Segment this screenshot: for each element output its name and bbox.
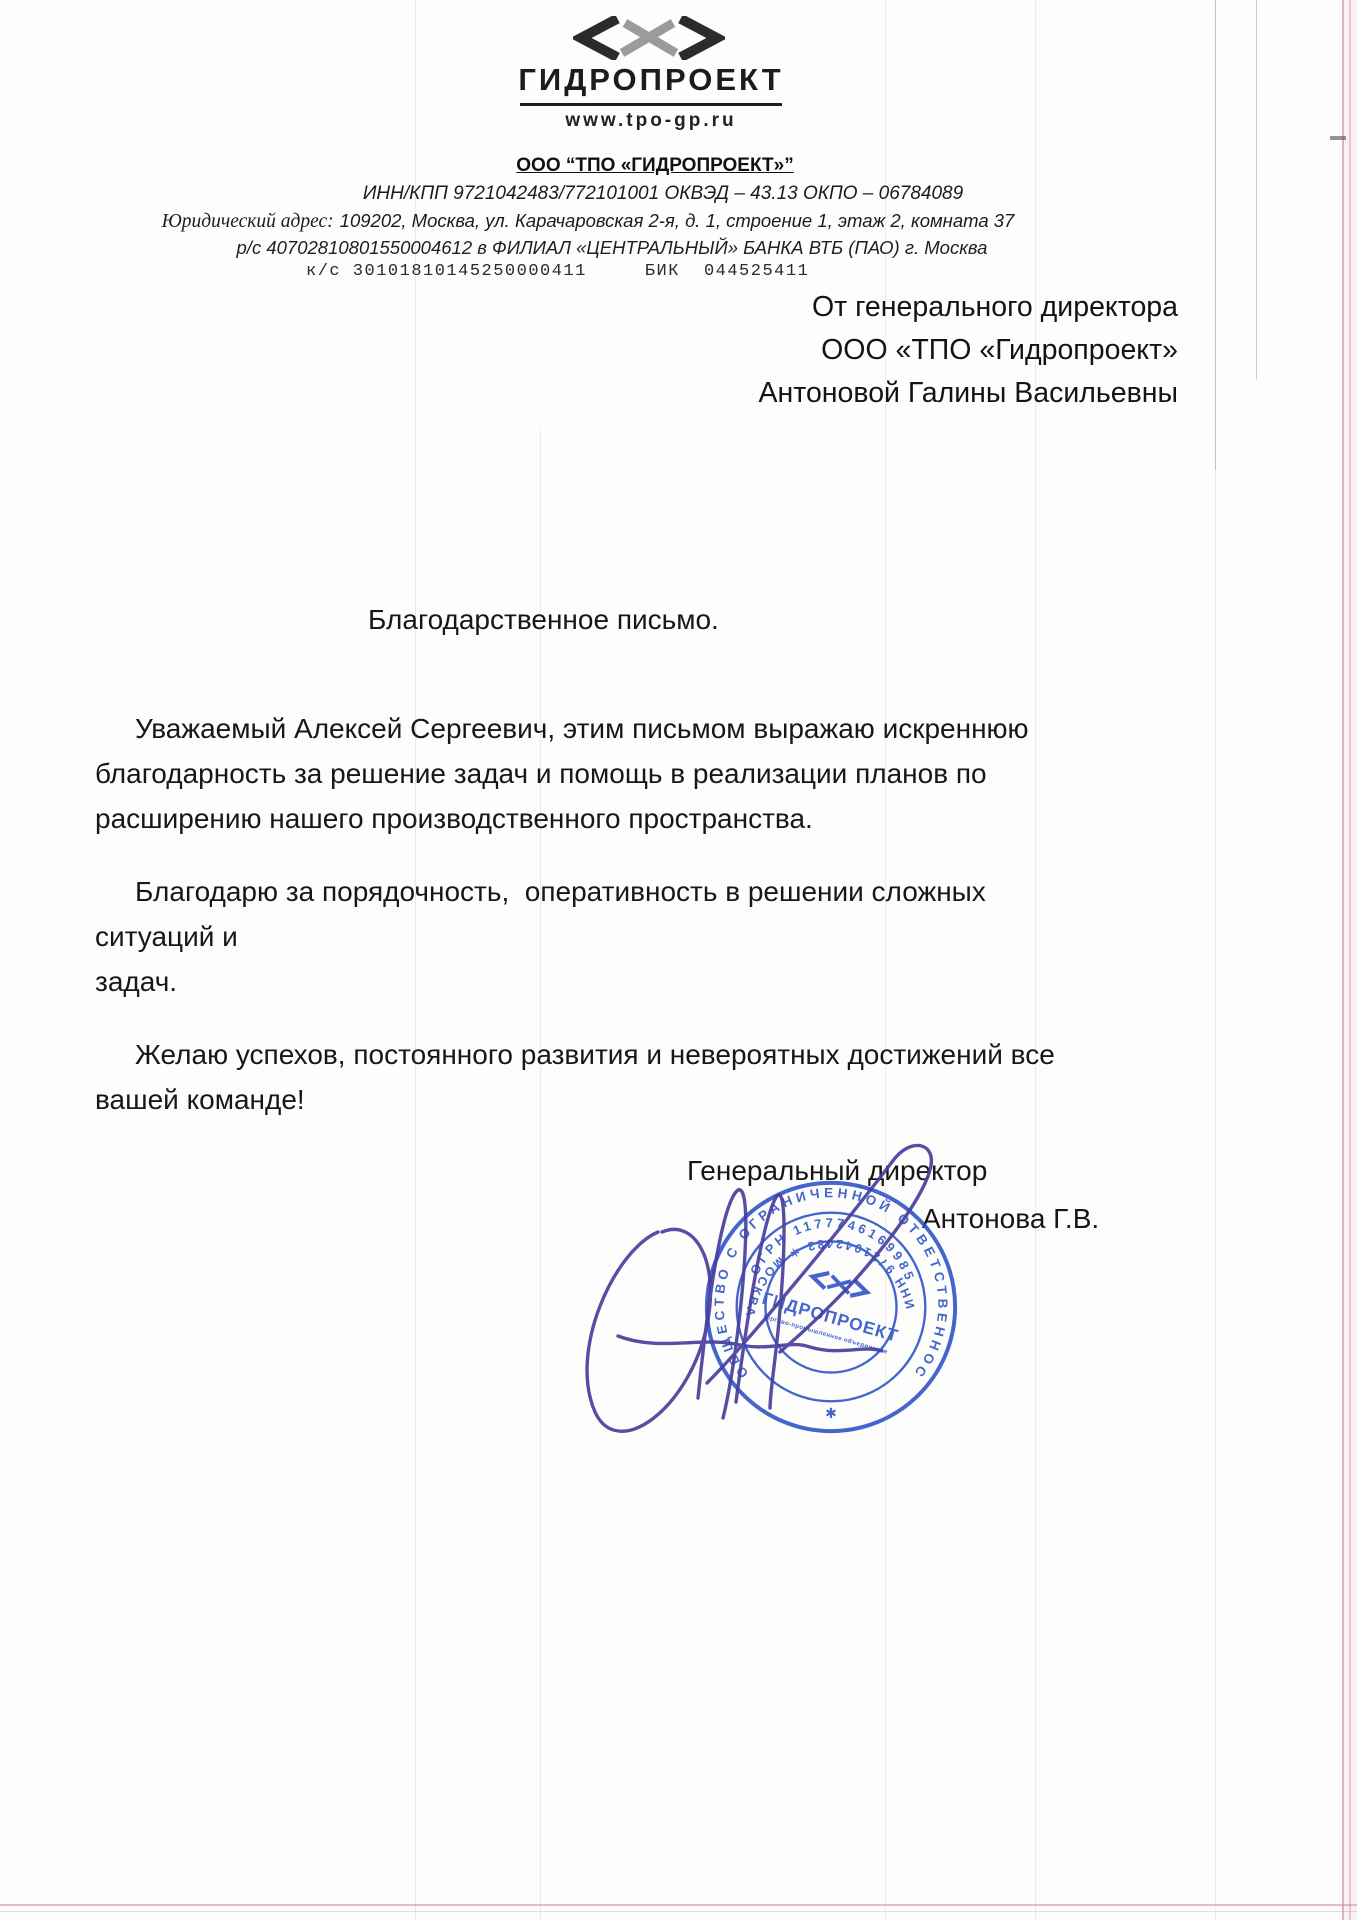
scan-line-2 bbox=[540, 430, 541, 1920]
brand-name: ГИДРОПРОЕКТ bbox=[518, 62, 783, 98]
paragraph-2: Благодарю за порядочность, оперативность… bbox=[95, 869, 1110, 1004]
corr-account-line: к/с 30101810145250000411БИК044525411 bbox=[306, 262, 809, 281]
sender-line-2: ООО «ТПО «Гидропроект» bbox=[0, 329, 1178, 372]
chevron-w-logo-icon bbox=[573, 16, 725, 60]
sender-line-1: От генерального директора bbox=[0, 286, 1178, 329]
signature-scribble bbox=[540, 1140, 1100, 1470]
paragraph-1: Уважаемый Алексей Сергеевич, этим письмо… bbox=[95, 706, 1110, 841]
scan-line-5 bbox=[1215, 0, 1216, 470]
scan-line-6 bbox=[1215, 470, 1216, 1920]
scan-speck bbox=[1330, 136, 1346, 140]
letter-title: Благодарственное письмо. bbox=[368, 604, 719, 636]
letter-body: Уважаемый Алексей Сергеевич, этим письмо… bbox=[95, 706, 1110, 1150]
brand-underline bbox=[520, 103, 782, 106]
website-url: www.tpo-gp.ru bbox=[565, 110, 736, 132]
scan-line-3 bbox=[885, 0, 886, 1920]
page-edge-line-bottom-1 bbox=[0, 1904, 1357, 1906]
scan-line-7 bbox=[1256, 0, 1257, 380]
page-edge-line-right-2 bbox=[1349, 0, 1351, 1920]
company-name: ООО “ТПО «ГИДРОПРОЕКТ»” bbox=[516, 155, 793, 177]
legal-address-label: Юридический адрес: bbox=[162, 211, 334, 232]
bik-value: 044525411 bbox=[704, 262, 809, 281]
page-edge-line-bottom-2 bbox=[0, 1911, 1357, 1912]
settlement-account-line: р/с 40702810801550004612 в ФИЛИАЛ «ЦЕНТР… bbox=[237, 237, 988, 259]
bik-label: БИК bbox=[645, 262, 680, 281]
legal-address-line: Юридический адрес:109202, Москва, ул. Ка… bbox=[162, 210, 1015, 233]
scan-line-1 bbox=[415, 0, 416, 1920]
page-edge-line-right-1 bbox=[1342, 0, 1344, 1920]
scan-line-4 bbox=[1035, 0, 1036, 1920]
paragraph-3: Желаю успехов, постоянного развития и не… bbox=[95, 1032, 1110, 1122]
company-requisites: ИНН/КПП 9721042483/772101001 ОКВЭД – 43.… bbox=[363, 183, 963, 205]
corr-account-value: к/с 30101810145250000411 bbox=[306, 262, 587, 281]
sender-line-3: Антоновой Галины Васильевны bbox=[0, 372, 1178, 415]
legal-address-value: 109202, Москва, ул. Карачаровская 2-я, д… bbox=[340, 210, 1015, 231]
sender-block: От генерального директора ООО «ТПО «Гидр… bbox=[0, 286, 1178, 415]
